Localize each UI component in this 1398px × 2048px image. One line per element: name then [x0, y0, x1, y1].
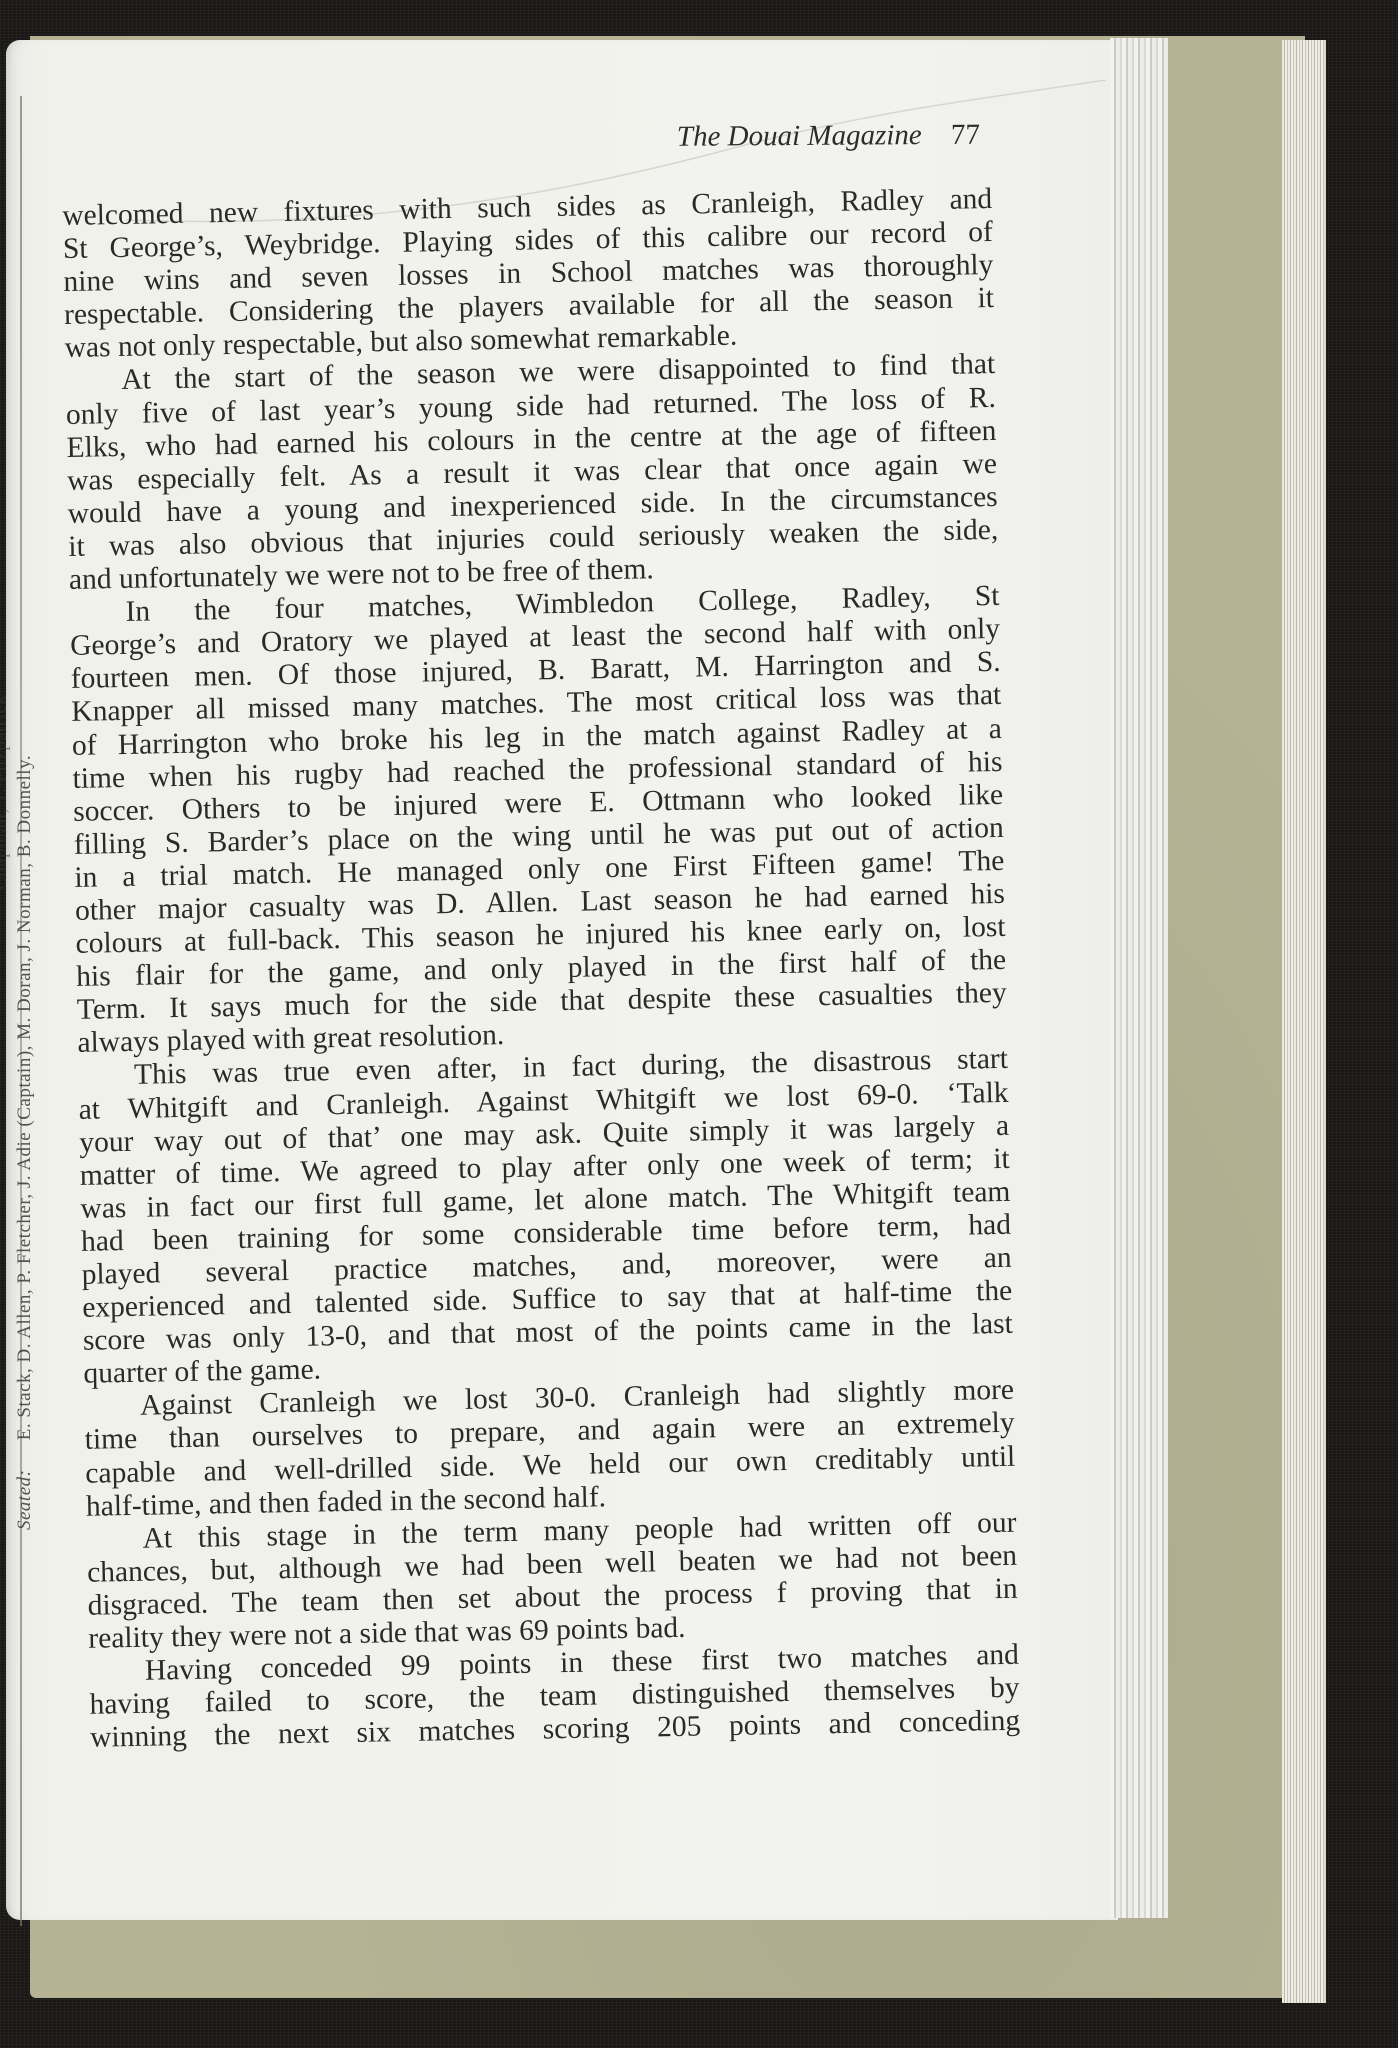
- stacked-leaves: [1110, 38, 1168, 1918]
- paragraph: welcomed new fixtures with such sides as…: [62, 183, 995, 365]
- paragraph: In the four matches, Wimbledon College, …: [69, 580, 1007, 1060]
- caption-upper-fragment: Chapman, T. Fitzpatrick: [0, 695, 12, 890]
- caption-label: Seated:: [14, 1470, 35, 1530]
- paragraph: This was true even after, in fact during…: [78, 1043, 1014, 1391]
- running-head: The Douai Magazine 77: [600, 119, 980, 155]
- page-number: 77: [951, 119, 980, 151]
- paragraph: Against Cranleigh we lost 30-0. Cranleig…: [84, 1374, 1016, 1523]
- publication-title: The Douai Magazine: [677, 119, 922, 153]
- paragraph: At this stage in the term many people ha…: [86, 1506, 1018, 1655]
- paragraph: At the start of the season we were disap…: [65, 348, 999, 597]
- paragraph: Having conceded 99 points in these first…: [89, 1639, 1021, 1755]
- article-body: welcomed new fixtures with such sides as…: [62, 183, 1020, 1755]
- caption-names: E. Stack, D. Allen, P. Fletcher, J. Adie…: [14, 755, 35, 1440]
- facing-page-caption: Seated: E. Stack, D. Allen, P. Fletcher,…: [14, 755, 36, 1530]
- page-edges-right: [1282, 40, 1326, 2003]
